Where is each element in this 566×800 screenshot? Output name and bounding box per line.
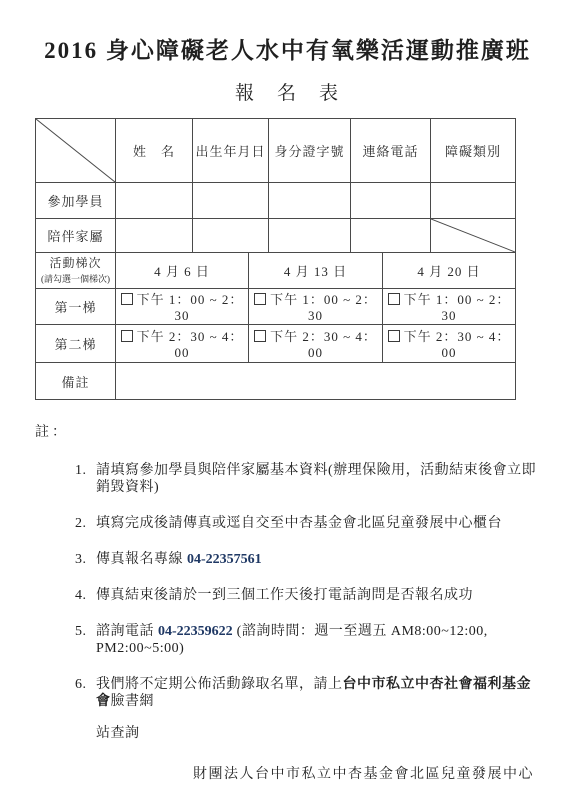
inquiry-phone-number: 04-22359622 bbox=[158, 624, 233, 639]
note-text: 諮詢電話 04-22359622 (諮詢時間：週一至週五 AM8:00~12:0… bbox=[96, 623, 540, 657]
tier1-time-label: 下午 1：00 ~ 2：30 bbox=[137, 292, 244, 323]
note-text-segment: 我們將不定期公佈活動錄取名單，請上 bbox=[96, 677, 343, 692]
checkbox-icon bbox=[121, 330, 133, 342]
remark-row-label: 備註 bbox=[36, 363, 116, 400]
organization-footer: 財團法人台中市私立中杏基金會北區兒童發展中心 bbox=[35, 766, 540, 784]
note-text: 請填寫參加學員與陪伴家屬基本資料(辦理保險用，活動結束後會立即銷毀資料) bbox=[96, 462, 540, 496]
family-birthdate-cell bbox=[193, 219, 269, 253]
remark-row: 備註 bbox=[36, 363, 516, 400]
note-item-5: 5. 諮詢電話 04-22359622 (諮詢時間：週一至週五 AM8:00~1… bbox=[75, 623, 540, 657]
tier2-time-label: 下午 2：30 ~ 4：00 bbox=[404, 329, 511, 360]
tier1-time-label: 下午 1：00 ~ 2：30 bbox=[270, 292, 377, 323]
note-number: 1. bbox=[75, 462, 96, 496]
diagonal-line bbox=[431, 219, 515, 252]
tier2-apr13-option: 下午 2：30 ~ 4：00 bbox=[249, 325, 383, 363]
note-text-segment: 傳真報名專線 bbox=[96, 552, 187, 567]
session-label: 活動梯次 bbox=[36, 256, 115, 271]
family-phone-cell bbox=[351, 219, 431, 253]
note-item-6: 6. 我們將不定期公佈活動錄取名單，請上台中市私立中杏社會福利基金會臉書網 站查… bbox=[75, 676, 540, 742]
tier2-apr6-option: 下午 2：30 ~ 4：00 bbox=[116, 325, 249, 363]
form-subtitle: 報 名 表 bbox=[35, 82, 540, 106]
note-text: 填寫完成後請傳真或逕自交至中杏基金會北區兒童發展中心櫃台 bbox=[96, 515, 540, 532]
tier2-row: 第二梯 下午 2：30 ~ 4：00 下午 2：30 ~ 4：00 下午 2：3… bbox=[36, 325, 516, 363]
remark-cell bbox=[116, 363, 516, 400]
note-text-segment: 臉書網 bbox=[111, 694, 155, 709]
checkbox-icon bbox=[254, 330, 266, 342]
tier1-apr6-option: 下午 1：00 ~ 2：30 bbox=[116, 289, 249, 325]
corner-cell bbox=[36, 119, 116, 183]
checkbox-icon bbox=[254, 293, 266, 305]
table-header-row: 姓 名 出生年月日 身分證字號 連絡電話 障礙類別 bbox=[36, 119, 516, 183]
participant-phone-cell bbox=[351, 183, 431, 219]
date-apr-13: 4 月 13 日 bbox=[249, 253, 383, 289]
tier2-time-label: 下午 2：30 ~ 4：00 bbox=[270, 329, 377, 360]
participant-disability-cell bbox=[431, 183, 516, 219]
column-header-disability-type: 障礙類別 bbox=[431, 119, 516, 183]
participant-name-cell bbox=[116, 183, 193, 219]
checkbox-icon bbox=[388, 330, 400, 342]
checkbox-icon bbox=[121, 293, 133, 305]
notes-list: 1. 請填寫參加學員與陪伴家屬基本資料(辦理保險用，活動結束後會立即銷毀資料) … bbox=[75, 462, 540, 742]
tier1-apr13-option: 下午 1：00 ~ 2：30 bbox=[249, 289, 383, 325]
notes-heading: 註： bbox=[35, 424, 540, 442]
participant-id-cell bbox=[269, 183, 351, 219]
note-number: 5. bbox=[75, 623, 96, 657]
document-page: 2016 身心障礙老人水中有氧樂活運動推廣班 報 名 表 姓 名 出生年月日 身… bbox=[0, 0, 566, 800]
tier1-time-label: 下午 1：00 ~ 2：30 bbox=[404, 292, 511, 323]
registration-table: 姓 名 出生年月日 身分證字號 連絡電話 障礙類別 參加學員 陪伴家屬 bbox=[35, 118, 516, 400]
note-text: 我們將不定期公佈活動錄取名單，請上台中市私立中杏社會福利基金會臉書網 站查詢 bbox=[96, 676, 540, 742]
participant-row-label: 參加學員 bbox=[36, 183, 116, 219]
diagonal-line bbox=[36, 119, 115, 182]
session-row-label: 活動梯次 (請勾選一個梯次) bbox=[36, 253, 116, 289]
notes-section: 註： 1. 請填寫參加學員與陪伴家屬基本資料(辦理保險用，活動結束後會立即銷毀資… bbox=[35, 424, 540, 742]
note-text: 傳真結束後請於一到三個工作天後打電話詢問是否報名成功 bbox=[96, 587, 540, 604]
session-dates-row: 活動梯次 (請勾選一個梯次) 4 月 6 日 4 月 13 日 4 月 20 日 bbox=[36, 253, 516, 289]
note-number: 3. bbox=[75, 551, 96, 568]
note-number: 2. bbox=[75, 515, 96, 532]
note-text-segment: 諮詢電話 bbox=[96, 624, 158, 639]
tier1-row-label: 第一梯 bbox=[36, 289, 116, 325]
tier2-time-label: 下午 2：30 ~ 4：00 bbox=[137, 329, 244, 360]
participant-birthdate-cell bbox=[193, 183, 269, 219]
family-row-label: 陪伴家屬 bbox=[36, 219, 116, 253]
column-header-name: 姓 名 bbox=[116, 119, 193, 183]
column-header-phone: 連絡電話 bbox=[351, 119, 431, 183]
fax-number: 04-22357561 bbox=[187, 552, 262, 567]
session-note: (請勾選一個梯次) bbox=[36, 273, 115, 285]
column-header-id-number: 身分證字號 bbox=[269, 119, 351, 183]
tier2-row-label: 第二梯 bbox=[36, 325, 116, 363]
note-item-2: 2. 填寫完成後請傳真或逕自交至中杏基金會北區兒童發展中心櫃台 bbox=[75, 515, 540, 532]
family-id-cell bbox=[269, 219, 351, 253]
tier1-row: 第一梯 下午 1：00 ~ 2：30 下午 1：00 ~ 2：30 下午 1：0… bbox=[36, 289, 516, 325]
date-apr-20: 4 月 20 日 bbox=[383, 253, 516, 289]
note-text-continuation: 站查詢 bbox=[96, 725, 540, 742]
tier2-apr20-option: 下午 2：30 ~ 4：00 bbox=[383, 325, 516, 363]
note-number: 4. bbox=[75, 587, 96, 604]
note-item-3: 3. 傳真報名專線 04-22357561 bbox=[75, 551, 540, 568]
note-item-4: 4. 傳真結束後請於一到三個工作天後打電話詢問是否報名成功 bbox=[75, 587, 540, 604]
participant-row: 參加學員 bbox=[36, 183, 516, 219]
column-header-birthdate: 出生年月日 bbox=[193, 119, 269, 183]
checkbox-icon bbox=[388, 293, 400, 305]
family-disability-cell-crossed bbox=[431, 219, 516, 253]
family-row: 陪伴家屬 bbox=[36, 219, 516, 253]
date-apr-6: 4 月 6 日 bbox=[116, 253, 249, 289]
page-title: 2016 身心障礙老人水中有氧樂活運動推廣班 bbox=[35, 36, 540, 66]
family-name-cell bbox=[116, 219, 193, 253]
note-text: 傳真報名專線 04-22357561 bbox=[96, 551, 540, 568]
tier1-apr20-option: 下午 1：00 ~ 2：30 bbox=[383, 289, 516, 325]
note-item-1: 1. 請填寫參加學員與陪伴家屬基本資料(辦理保險用，活動結束後會立即銷毀資料) bbox=[75, 462, 540, 496]
note-number: 6. bbox=[75, 676, 96, 742]
